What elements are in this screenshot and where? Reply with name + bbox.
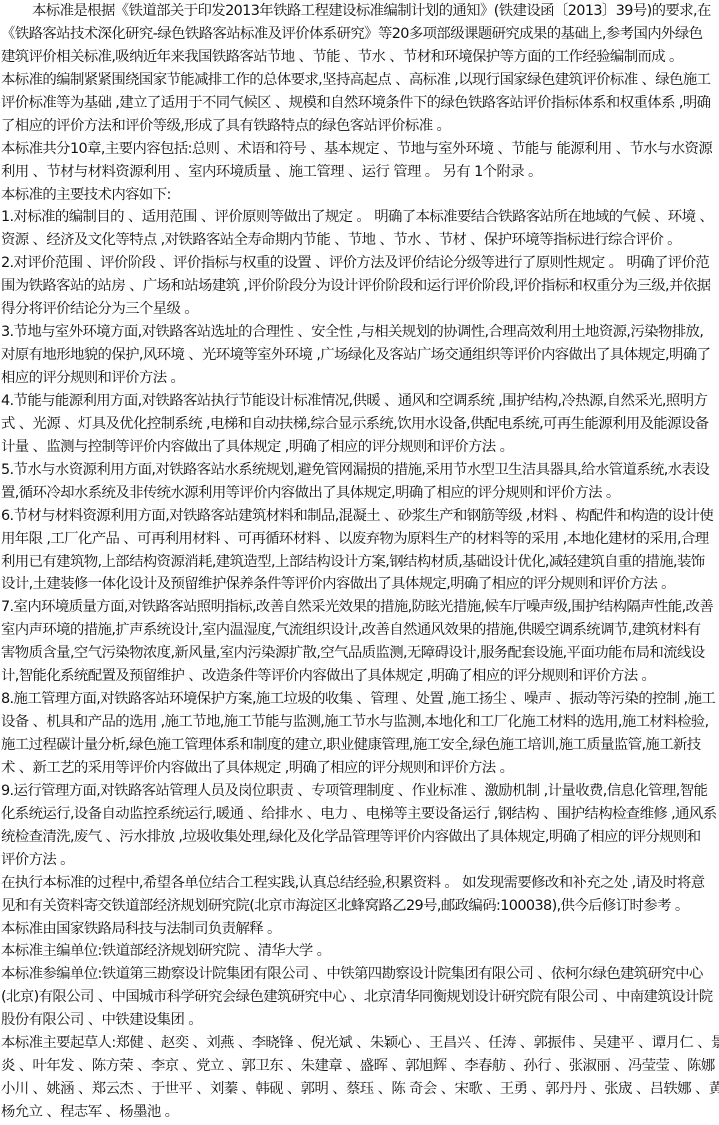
text-line: 相应的评分规则和评价方法 。 [1, 367, 719, 390]
paragraph-item-8: 8.施工管理方面,对铁路客站环境保护方案,施工垃圾的收集 、管理 、处置 ,施工… [1, 688, 719, 780]
text-line: 施工过程碳计量分析,绿色施工管理体系和制度的建立,职业健康管理,施工安全,绿色施… [1, 734, 719, 757]
text-line: 本标准的编制紧紧围绕国家节能减排工作的总体要求,坚持高起点 、高标准 ,以现行国… [1, 69, 719, 92]
paragraph-item-9: 9.运行管理方面,对铁路客站管理人员及岗位职责 、专项管理制度 、作业标准 、激… [1, 780, 719, 872]
paragraph-item-6: 6.节材与材料资源利用方面,对铁路客站建筑材料和制品,混凝土 、砂浆生产和钢筋等… [1, 505, 719, 597]
paragraph-main-content-heading: 本标准的主要技术内容如下: [1, 184, 719, 207]
text-line: 化系统运行,设备自动监控系统运行,暖通 、给排水 、电力 、电梯等主要设备运行 … [1, 803, 719, 826]
text-line: 利用 、节材与材料资源利用 、室内环境质量 、施工管理 、运行 管理 。 另有 … [1, 161, 719, 184]
text-line: 股份有限公司 、中铁建设集团 。 [1, 1009, 719, 1032]
text-line: 8.施工管理方面,对铁路客站环境保护方案,施工垃圾的收集 、管理 、处置 ,施工… [1, 688, 719, 711]
text-line: 杨允立 、程志军 、杨墨池 。 [1, 1101, 719, 1124]
text-line: 用年限 ,工厂化产品 、可再利用材料 、可再循环材料 、以废弃物为原料生产的材料… [1, 528, 719, 551]
paragraph-item-7: 7.室内环境质量方面,对铁路客站照明指标,改善自然采光效果的措施,防眩光措施,候… [1, 596, 719, 688]
text-line: 建筑评价相关标准,吸纳近年来我国铁路客站节地 、节能 、节水 、节材和环境保护等… [1, 46, 719, 69]
text-line: 本标准主编单位:铁道部经济规划研究院 、清华大学 。 [1, 940, 719, 963]
text-line: 资源 、经济及文化等特点 ,对铁路客站全寿命期内节能 、节地 、节水 、节材 、… [1, 229, 719, 252]
paragraph-drafters: 本标准主要起草人:郑健 、赵奕 、刘燕 、李晓锋 、倪光斌 、朱颖心 、王昌兴 … [1, 1032, 719, 1124]
section-heading: 本标准的主要技术内容如下: [1, 184, 719, 207]
paragraph-chief-editors: 本标准主编单位:铁道部经济规划研究院 、清华大学 。 [1, 940, 719, 963]
text-line: 7.室内环境质量方面,对铁路客站照明指标,改善自然采光效果的措施,防眩光措施,候… [1, 596, 719, 619]
text-line: 炎 、叶年发 、陈方荣 、李京 、党立 、郭卫东 、朱建章 、盛晖 、郭旭辉 、… [1, 1055, 719, 1078]
text-line: 评价方法 。 [1, 849, 719, 872]
text-line: 本标准主要起草人:郑健 、赵奕 、刘燕 、李晓锋 、倪光斌 、朱颖心 、王昌兴 … [1, 1032, 719, 1055]
text-line: (北京)有限公司 、中国城市科学研究会绿色建筑研究中心 、北京清华同衡规划设计研… [1, 986, 719, 1009]
text-line: 室内声环境的措施,扩声系统设计,室内温湿度,气流组织设计,改善自然通风效果的措施… [1, 619, 719, 642]
text-line: 计,智能化系统配置及预留维护 、改造条件等评价内容做出了具体规定 ,明确了相应的… [1, 665, 719, 688]
paragraph-item-3: 3.节地与室外环境方面,对铁路客站选址的合理性 、安全性 ,与相关规划的协调性,… [1, 321, 719, 390]
text-line: 了相应的评价方法和评价等级,形成了具有铁路特点的绿色客站评价标准 。 [1, 115, 719, 138]
paragraph-item-4: 4.节能与能源利用方面,对铁路客站执行节能设计标准情况,供暖 、通风和空调系统 … [1, 390, 719, 459]
text-line: 计量 、监测与控制等评价内容做出了具体规定 ,明确了相应的评分规则和评价方法 。 [1, 436, 719, 459]
text-line: 9.运行管理方面,对铁路客站管理人员及岗位职责 、专项管理制度 、作业标准 、激… [1, 780, 719, 803]
paragraph-chapters: 本标准共分10章,主要内容包括:总则 、术语和符号 、基本规定 、节地与室外环境… [1, 138, 719, 184]
paragraph-item-5: 5.节水与水资源利用方面,对铁路客站水系统规划,避免管网漏损的措施,采用节水型卫… [1, 459, 719, 505]
text-line: 见和有关资料寄交铁道部经济规划研究院(北京市海淀区北蜂窝路乙29号,邮政编码:1… [1, 895, 719, 918]
text-line: 利用已有建筑物,上部结构资源消耗,建筑造型,上部结构设计方案,钢结构材质,基础设… [1, 551, 719, 574]
text-line: 1.对标准的编制目的 、适用范围 、评价原则等做出了规定 。 明确了本标准要结合… [1, 206, 719, 229]
paragraph-participating-units: 本标准参编单位:铁道第三勘察设计院集团有限公司 、中铁第四勘察设计院集团有限公司… [1, 963, 719, 1032]
text-line: 本标准共分10章,主要内容包括:总则 、术语和符号 、基本规定 、节地与室外环境… [1, 138, 719, 161]
text-line: 设计,土建装修一体化设计及预留维护保养条件等评价内容做出了具体规定,明确了相应的… [1, 573, 719, 596]
paragraph-interpretation: 本标准由国家铁路局科技与法制司负责解释 。 [1, 918, 719, 941]
document-body: 本标准是根据《铁道部关于印发2013年铁路工程建设标准编制计划的通知》(铁建设函… [0, 0, 719, 1124]
text-line: 统检查清洗,废气 、污水排放 ,垃圾收集处理,绿化及化学品管理等评价内容做出了具… [1, 826, 719, 849]
text-line: 小川 、姚涵 、郑云杰 、于世平 、刘蓁 、韩砚 、郭明 、蔡珏 、陈 奇会 、… [1, 1078, 719, 1101]
paragraph-basis: 本标准的编制紧紧围绕国家节能减排工作的总体要求,坚持高起点 、高标准 ,以现行国… [1, 69, 719, 138]
text-line: 害物质含量,空气污染物浓度,新风量,室内污染源扩散,空气品质监测,无障碍设计,服… [1, 642, 719, 665]
text-line: 3.节地与室外环境方面,对铁路客站选址的合理性 、安全性 ,与相关规划的协调性,… [1, 321, 719, 344]
text-line: 6.节材与材料资源利用方面,对铁路客站建筑材料和制品,混凝土 、砂浆生产和钢筋等… [1, 505, 719, 528]
text-line: 2.对评价范围 、评价阶段 、评价指标与权重的设置 、评价方法及评价结论分级等进… [1, 252, 719, 275]
text-line: 术 、新工艺的采用等评价内容做出了具体规定 ,明确了相应的评分规则和评价方法 。 [1, 757, 719, 780]
text-line: 置,循环冷却水系统及非传统水源利用等评价内容做出了具体规定,明确了相应的评分规则… [1, 482, 719, 505]
text-line: 对原有地形地貌的保护,风环境 、光环境等室外环境 ,广场绿化及客站广场交通组织等… [1, 344, 719, 367]
text-line: 本标准参编单位:铁道第三勘察设计院集团有限公司 、中铁第四勘察设计院集团有限公司… [1, 963, 719, 986]
text-line: 在执行本标准的过程中,希望各单位结合工程实践,认真总结经验,积累资料 。 如发现… [1, 872, 719, 895]
text-line: 《铁路客站技术深化研究-绿色铁路客站标准及评价体系研究》等20多项部级课题研究成… [1, 23, 719, 46]
paragraph-feedback: 在执行本标准的过程中,希望各单位结合工程实践,认真总结经验,积累资料 。 如发现… [1, 872, 719, 918]
text-line: 4.节能与能源利用方面,对铁路客站执行节能设计标准情况,供暖 、通风和空调系统 … [1, 390, 719, 413]
paragraph-item-2: 2.对评价范围 、评价阶段 、评价指标与权重的设置 、评价方法及评价结论分级等进… [1, 252, 719, 321]
text-line: 得分将评价结论分为三个星级 。 [1, 298, 719, 321]
text-line: 本标准由国家铁路局科技与法制司负责解释 。 [1, 918, 719, 941]
text-line: 围为铁路客站的站房 、广场和站场建筑 ,评价阶段分为设计评价阶段和运行评价阶段,… [1, 275, 719, 298]
paragraph-item-1: 1.对标准的编制目的 、适用范围 、评价原则等做出了规定 。 明确了本标准要结合… [1, 206, 719, 252]
text-line: 5.节水与水资源利用方面,对铁路客站水系统规划,避免管网漏损的措施,采用节水型卫… [1, 459, 719, 482]
text-line: 设备 、机具和产品的选用 ,施工节地,施工节能与监测,施工节水与监测,本地化和工… [1, 711, 719, 734]
text-line: 式 、光源 、灯具及优化控制系统 ,电梯和自动扶梯,综合显示系统,饮用水设备,供… [1, 413, 719, 436]
text-line: 评价标准等为基础 ,建立了适用于不同气候区 、规模和自然环境条件下的绿色铁路客站… [1, 92, 719, 115]
text-line: 本标准是根据《铁道部关于印发2013年铁路工程建设标准编制计划的通知》(铁建设函… [1, 0, 719, 23]
paragraph-intro: 本标准是根据《铁道部关于印发2013年铁路工程建设标准编制计划的通知》(铁建设函… [1, 0, 719, 69]
